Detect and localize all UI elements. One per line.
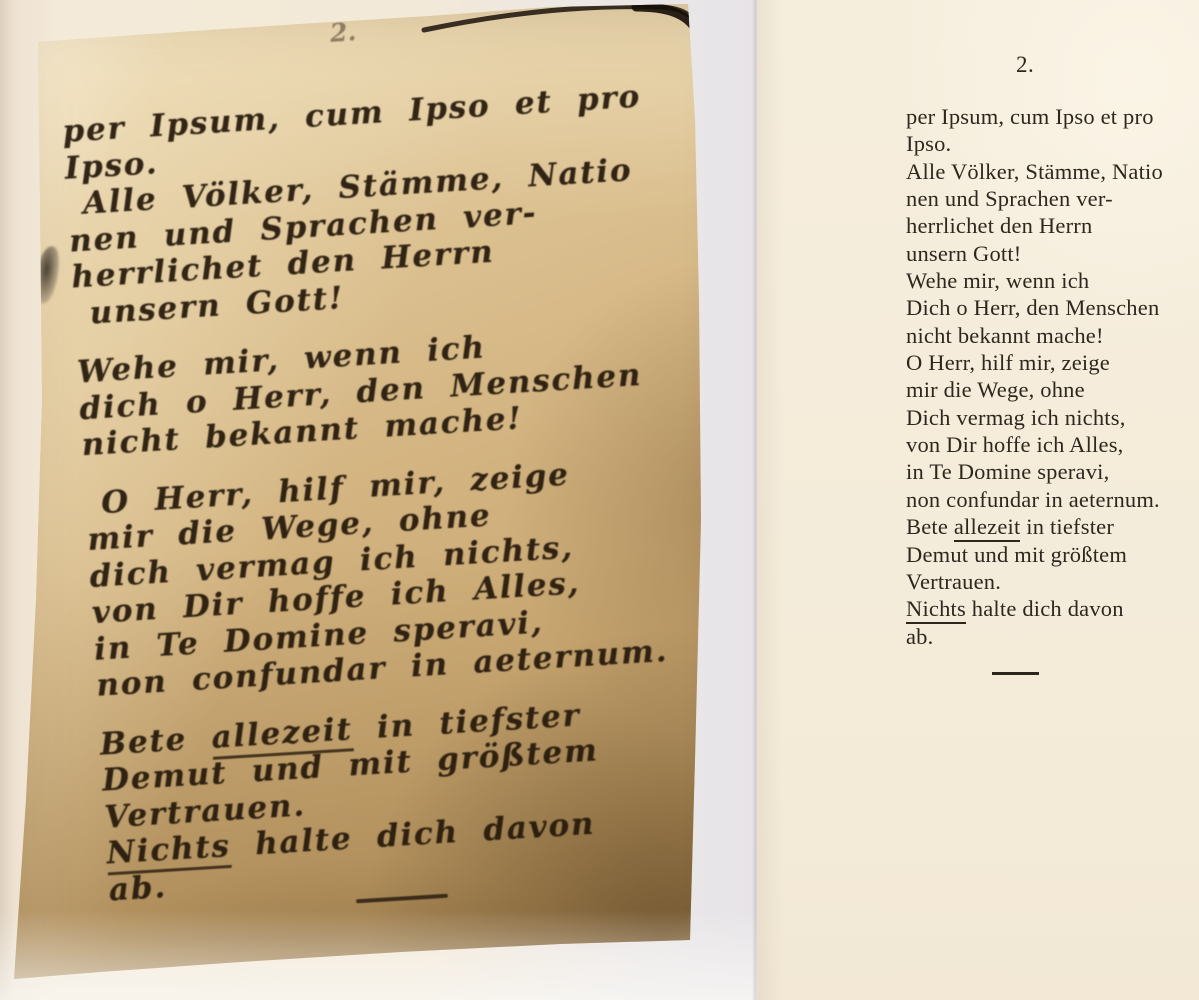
underlined-word: [536, 195, 538, 235]
line-text: [490, 497, 492, 533]
line-text: O Herr, hilf mir, zeige: [906, 350, 1110, 375]
line-text: [521, 400, 523, 436]
line-text: Alle Völker, Stämme, Natio: [82, 152, 634, 222]
manuscript-line: per Ipsum, cum Ipso et pro: [61, 74, 710, 150]
line-text: O Herr, hilf mir, zeige: [100, 456, 570, 521]
manuscript-line: Bete allezeit in tiefster: [99, 687, 748, 763]
line-text: halte dich davon: [966, 596, 1124, 621]
line-text: [579, 565, 581, 601]
underlined-word: [568, 456, 570, 496]
line-text: [157, 145, 159, 181]
left-page: 2. per Ipsum, cum Ipso et pro Ipso. Alle…: [0, 0, 757, 1000]
manuscript-line: nicht bekannt mache!: [81, 388, 730, 464]
manuscript-line: dich o Herr, den Menschen: [78, 351, 727, 427]
line-text: Wehe mir, wenn ich: [76, 329, 487, 390]
printed-line: O Herr, hilf mir, zeige: [906, 349, 1199, 376]
printed-line: nen und Sprachen ver-: [906, 185, 1199, 212]
underlined-word: [493, 234, 495, 274]
line-text: von Dir hoffe ich Alles,: [906, 432, 1123, 457]
line-text: nen und Sprachen ver-: [906, 186, 1113, 211]
printed-line: mir die Wege, ohne: [906, 376, 1199, 403]
line-text: Demut und mit größtem: [101, 732, 599, 798]
underlined-word: [641, 356, 643, 396]
manuscript-line: von Dir hoffe ich Alles,: [91, 555, 740, 631]
underlined-word: [631, 152, 633, 192]
manuscript-photo: 2. per Ipsum, cum Ipso et pro Ipso. Alle…: [0, 0, 757, 1000]
underlined-word: [667, 633, 669, 673]
line-text: [485, 329, 487, 365]
printed-line: Dich vermag ich nichts,: [906, 404, 1199, 431]
underlined-word: [343, 279, 345, 319]
line-text: [573, 529, 575, 565]
underlined-word: allezeit: [954, 514, 1021, 542]
underlined-word: [166, 868, 168, 908]
underlined-word: [485, 329, 487, 369]
line-text: unsern Gott!: [906, 241, 1022, 266]
line-text: von Dir hoffe ich Alles,: [91, 565, 581, 631]
underlined-word: allezeit: [210, 711, 353, 760]
line-text: [536, 195, 538, 231]
line-text: [493, 234, 495, 270]
line-text: [641, 356, 643, 392]
line-text: Dich vermag ich nichts,: [906, 405, 1126, 430]
line-text: non confundar in aeternum.: [95, 633, 669, 704]
line-text: [667, 633, 669, 669]
printed-line: Bete allezeit in tiefster: [906, 513, 1199, 540]
line-text: Bete: [906, 514, 954, 539]
line-text: Bete: [99, 719, 213, 762]
line-text: [106, 836, 108, 872]
line-text: in Te Domine speravi,: [906, 459, 1109, 484]
line-text: per Ipsum, cum Ipso et pro: [61, 78, 642, 149]
underlined-word: [597, 732, 599, 772]
printed-end-rule: [992, 672, 1039, 675]
manuscript-line: dich vermag ich nichts,: [89, 519, 738, 595]
photo-top-edge-shadow: [0, 0, 757, 1000]
line-text: [305, 787, 307, 823]
line-text: Dich o Herr, den Menschen: [906, 295, 1159, 320]
manuscript-line: Vertrauen.: [103, 760, 752, 836]
underlined-word: [490, 497, 492, 537]
manuscript-line: Ipso.: [64, 111, 713, 187]
manuscript-line: non confundar in aeternum.: [95, 628, 744, 704]
manuscript-line: nen und Sprachen ver-: [68, 184, 717, 260]
line-text: [640, 78, 642, 114]
underlined-word: [542, 604, 544, 644]
line-text: dich o Herr, den Menschen: [78, 356, 643, 426]
underlined-word: [640, 78, 642, 118]
printed-line: herrlichet den Herrn: [906, 212, 1199, 239]
line-text: herrlichet den Herrn: [906, 213, 1092, 238]
line-text: [631, 152, 633, 188]
underlined-word: [157, 145, 159, 185]
manuscript-line: herrlichet den Herrn: [70, 220, 719, 296]
line-text: nicht bekannt mache!: [906, 323, 1104, 348]
line-text: nen und Sprachen ver-: [68, 195, 538, 260]
printed-line: Alle Völker, Stämme, Natio: [906, 158, 1199, 185]
underlined-word: [579, 565, 581, 605]
manuscript-text: per Ipsum, cum Ipso et pro Ipso. Alle Vö…: [61, 74, 757, 918]
manuscript-line: unsern Gott!: [73, 256, 722, 332]
line-text: [343, 279, 345, 315]
printed-line: Wehe mir, wenn ich: [906, 267, 1199, 294]
manuscript-line: mir die Wege, ohne: [86, 483, 735, 559]
book-spread-photo: 2. per Ipsum, cum Ipso et pro Ipso. Alle…: [0, 0, 1199, 1000]
manuscript-line: ab.: [108, 832, 757, 908]
line-text: Vertrauen.: [906, 569, 1001, 594]
ink-blot: [33, 245, 62, 305]
printed-line: Demut und mit größtem: [906, 541, 1199, 568]
manuscript-line: Wehe mir, wenn ich: [76, 315, 725, 391]
line-text: halte dich davon: [229, 806, 596, 864]
line-text: Wehe mir, wenn ich: [906, 268, 1089, 293]
line-text: mir die Wege, ohne: [906, 377, 1085, 402]
manuscript-line: Nichts halte dich davon: [106, 796, 755, 872]
line-text: dich vermag ich nichts,: [89, 529, 575, 595]
line-text: nicht bekannt mache!: [81, 400, 524, 463]
line-text: [166, 868, 168, 904]
line-text: unsern Gott!: [89, 279, 346, 330]
printed-line: in Te Domine speravi,: [906, 458, 1199, 485]
underlined-word: [305, 787, 307, 827]
printed-line: nicht bekannt mache!: [906, 322, 1199, 349]
line-text: Ipso.: [64, 145, 160, 187]
line-text: [542, 604, 544, 640]
line-text: Vertrauen.: [103, 787, 306, 835]
printed-line: Dich o Herr, den Menschen: [906, 294, 1199, 321]
manuscript-line: in Te Domine speravi,: [93, 592, 742, 668]
printed-line: Ipso.: [906, 130, 1199, 157]
underlined-word: [573, 529, 575, 569]
line-text: in Te Domine speravi,: [93, 604, 544, 667]
printed-line: ab.: [906, 623, 1199, 650]
line-text: in tiefster: [1020, 514, 1114, 539]
printed-line: per Ipsum, cum Ipso et pro: [906, 103, 1199, 130]
printed-page-number: 2.: [1016, 52, 1034, 78]
underlined-word: [521, 400, 523, 440]
line-text: Ipso.: [906, 131, 951, 156]
line-text: Alle Völker, Stämme, Natio: [906, 159, 1163, 184]
manuscript-line: Demut und mit größtem: [101, 723, 750, 799]
printed-line: unsern Gott!: [906, 240, 1199, 267]
manuscript-line: O Herr, hilf mir, zeige: [84, 446, 733, 522]
underlined-word: Nichts: [906, 596, 966, 624]
manuscript-end-rule: [356, 894, 448, 904]
printed-line: Nichts halte dich davon: [906, 595, 1199, 622]
line-text: Demut und mit größtem: [906, 542, 1127, 567]
line-text: [568, 456, 570, 492]
printed-text: per Ipsum, cum Ipso et pro Ipso. Alle Vö…: [906, 103, 1199, 650]
line-text: non confundar in aeternum.: [906, 487, 1160, 512]
line-text: [597, 732, 599, 768]
line-text: ab.: [906, 624, 933, 649]
printed-line: non confundar in aeternum.: [906, 486, 1199, 513]
manuscript-page-number: 2.: [329, 17, 357, 48]
underlined-word: Nichts: [106, 828, 232, 876]
line-text: per Ipsum, cum Ipso et pro: [906, 104, 1154, 129]
line-text: ab.: [108, 868, 168, 907]
line-text: mir die Wege, ohne: [86, 497, 492, 558]
printed-line: Vertrauen.: [906, 568, 1199, 595]
line-text: herrlichet den Herrn: [70, 234, 495, 296]
printed-line: von Dir hoffe ich Alles,: [906, 431, 1199, 458]
line-text: in tiefster: [351, 697, 581, 747]
manuscript-line: Alle Völker, Stämme, Natio: [66, 147, 715, 223]
